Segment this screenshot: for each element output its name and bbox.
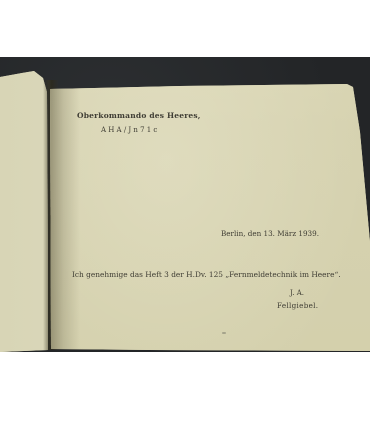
- paper-speck: [222, 332, 226, 334]
- letterhead-unit: Oberkommando des Heeres,: [77, 112, 201, 120]
- book-photo: Oberkommando des Heeres, AHA/Jn71c Berli…: [0, 0, 370, 423]
- letterhead-reference: AHA/Jn71c: [101, 127, 160, 135]
- signature-name: Fellgiebel.: [277, 302, 318, 310]
- signature-prefix: J. A.: [290, 290, 304, 298]
- approval-line: Ich genehmige das Heft 3 der H.Dv. 125 „…: [72, 271, 341, 279]
- page-inner-shadow: [50, 84, 80, 350]
- dateline: Berlin, den 13. März 1939.: [221, 230, 319, 238]
